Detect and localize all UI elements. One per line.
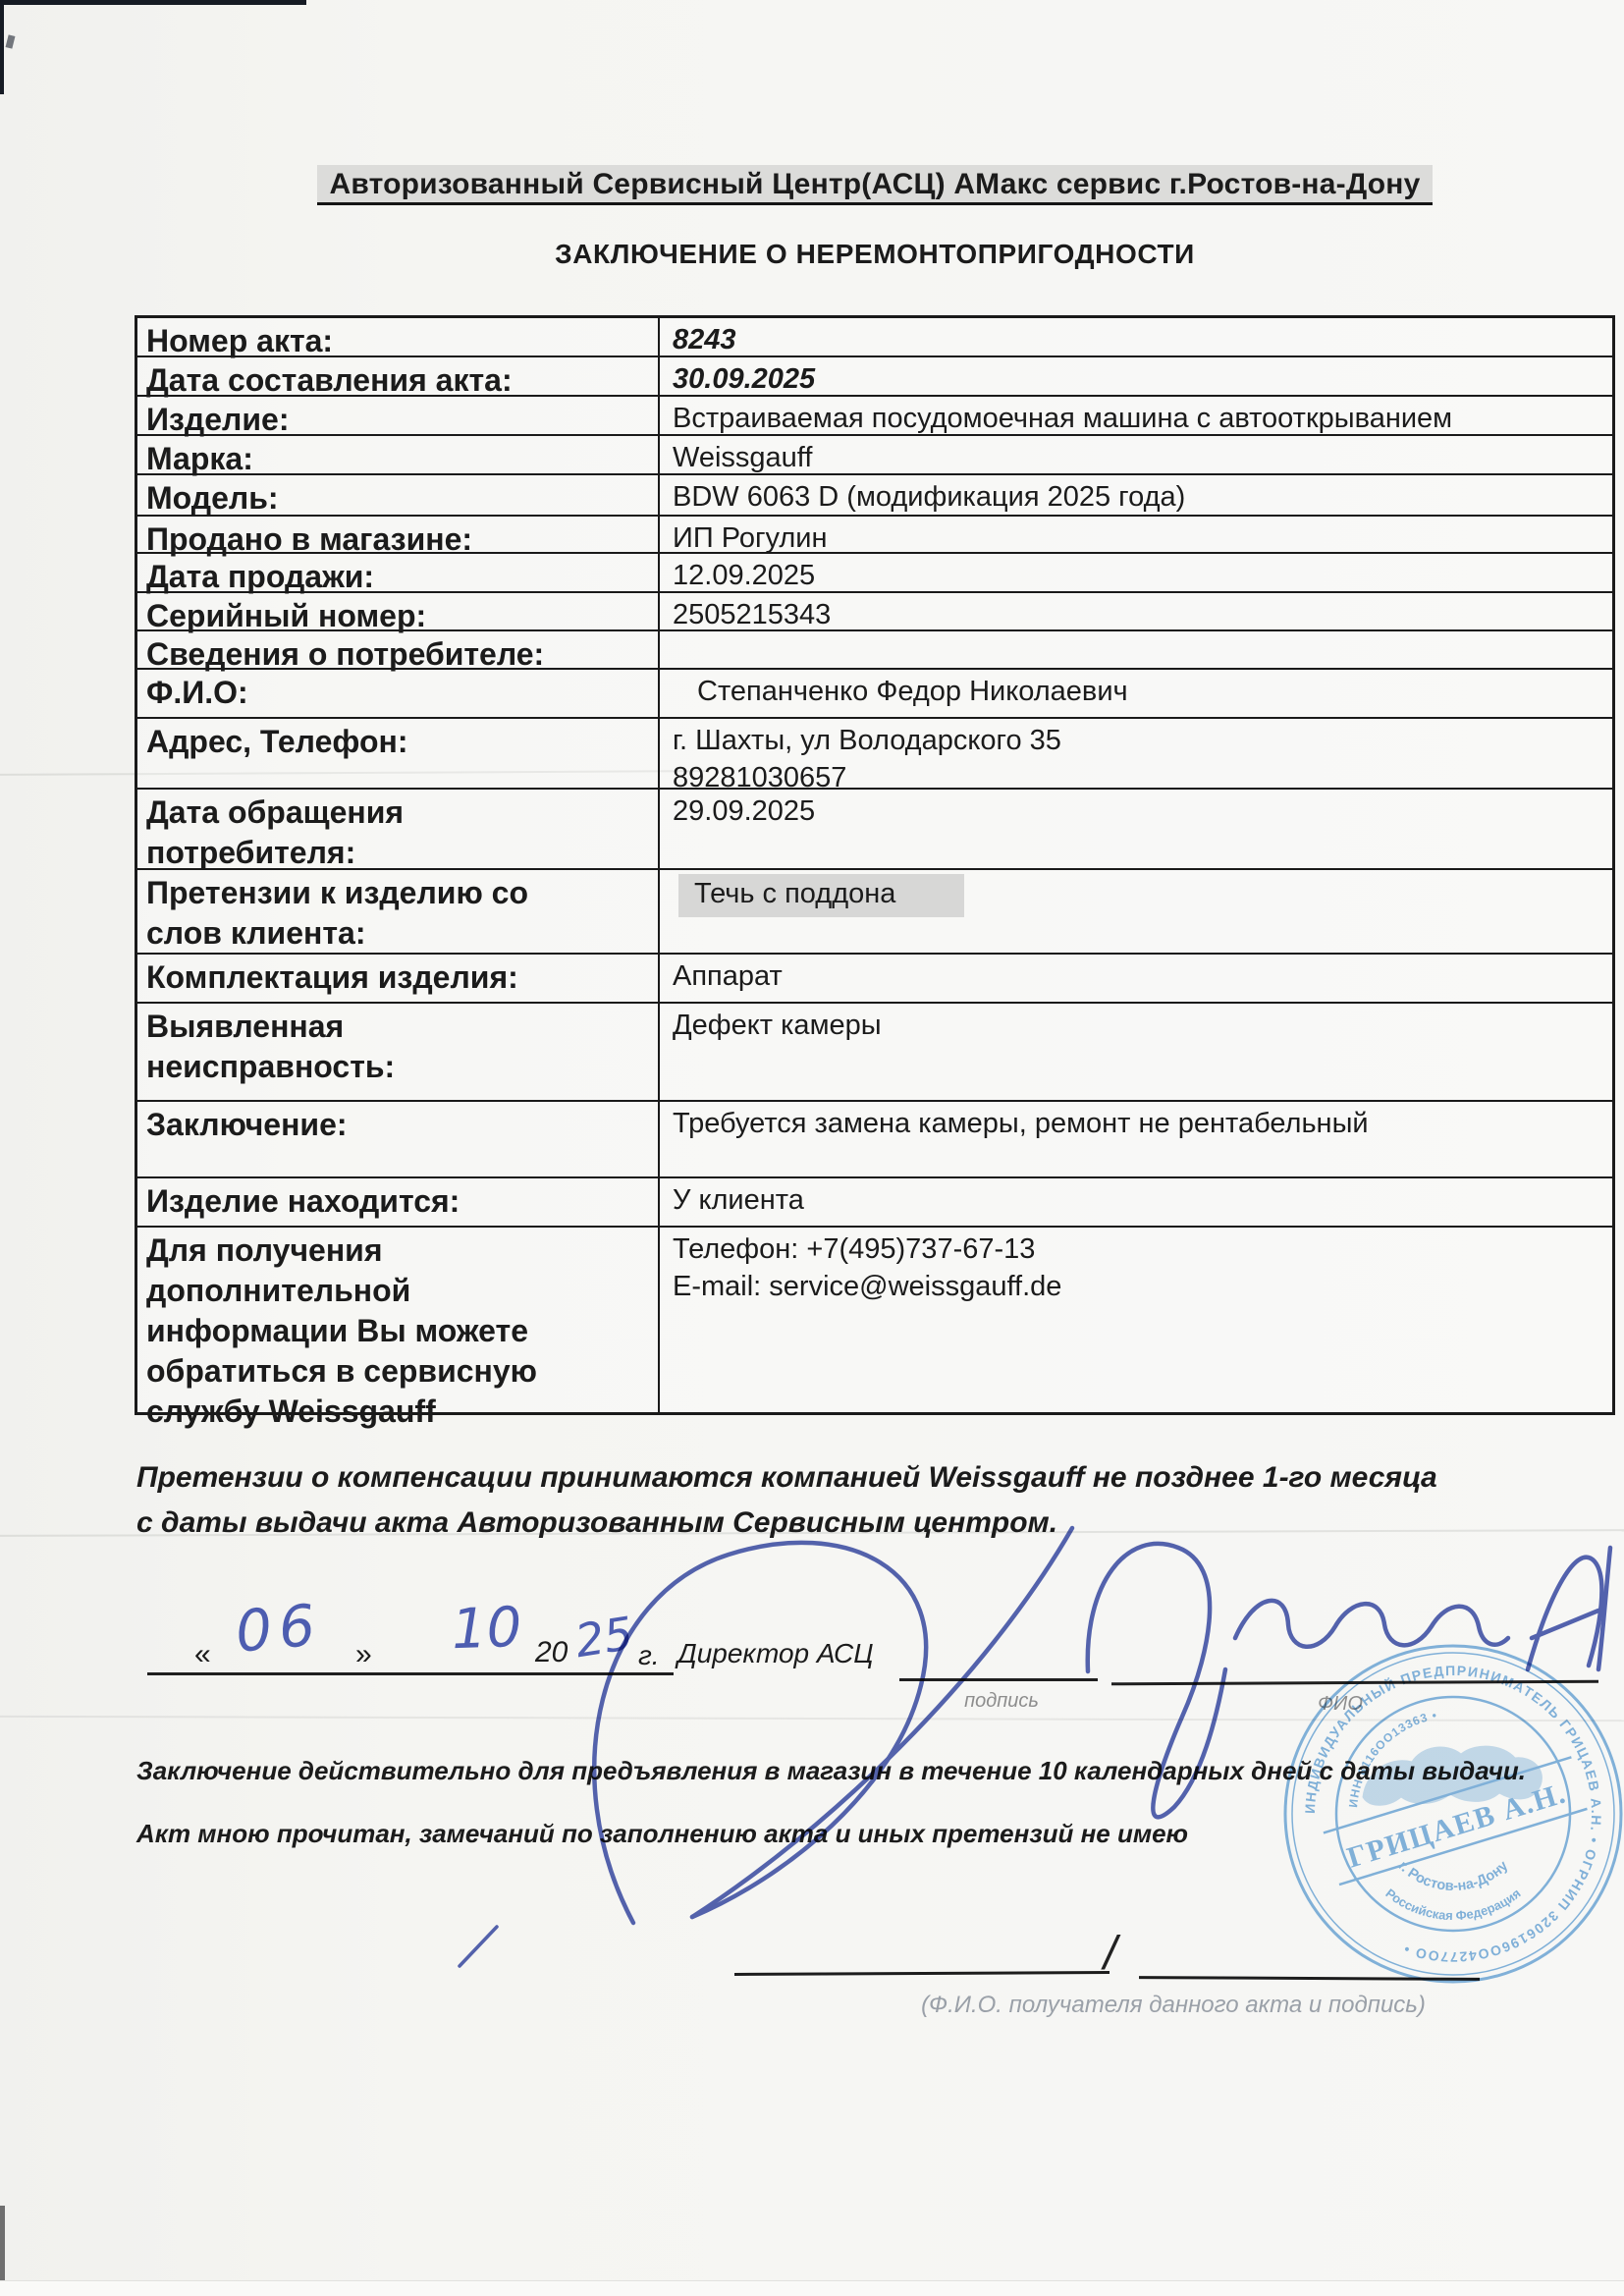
table-row: Изделие находится: У клиента: [137, 1176, 1612, 1226]
row-value-line2: E-mail: service@weissgauff.de: [673, 1269, 1602, 1306]
scan-edge-left-bottom: [0, 2206, 5, 2280]
table-row: Дата продажи: 12.09.2025: [137, 552, 1612, 591]
row-value: Течь с поддона: [660, 870, 1612, 953]
row-label: Продано в магазине:: [137, 517, 660, 552]
director-label: Директор АСЦ: [677, 1638, 874, 1669]
row-label: Претензии к изделию со слов клиента:: [137, 870, 660, 953]
table-row: Марка: Weissgauff: [137, 434, 1612, 473]
table-row: Для получения дополнительной информации …: [137, 1226, 1612, 1412]
row-value: BDW 6063 D (модификация 2025 года): [660, 475, 1612, 515]
signature-blank-line: [899, 1678, 1098, 1681]
name-blank-line: [1111, 1680, 1598, 1686]
table-row: Продано в магазине: ИП Рогулин: [137, 515, 1612, 552]
row-value-line1: Телефон: +7(495)737-67-13: [673, 1231, 1602, 1269]
table-row: Номер акта: 8243: [137, 318, 1612, 355]
row-value: г. Шахты, ул Володарского 35 89281030657: [660, 719, 1612, 788]
claims-note: Претензии о компенсации принимаются комп…: [136, 1455, 1452, 1545]
row-label: Адрес, Телефон:: [137, 719, 660, 788]
row-label: Дата составления акта:: [137, 357, 660, 395]
row-value: Встраиваемая посудомоечная машина с авто…: [660, 397, 1612, 434]
table-row: Дата обращения потребителя: 29.09.2025: [137, 788, 1612, 868]
stamp-country: Российская Федерация: [1382, 1886, 1523, 1923]
row-value: 29.09.2025: [660, 790, 1612, 868]
document-header: Авторизованный Сервисный Центр(АСЦ) АМак…: [135, 165, 1615, 205]
row-value: [660, 631, 1612, 668]
row-label: Для получения дополнительной информации …: [137, 1228, 660, 1412]
svg-text:г. Ростов-на-Дону: г. Ростов-на-Дону: [1395, 1858, 1512, 1894]
act-details-table: Номер акта: 8243 Дата составления акта: …: [135, 315, 1615, 1415]
pen-mark: [460, 1927, 497, 1966]
document-subtitle: ЗАКЛЮЧЕНИЕ О НЕРЕМОНТОПРИГОДНОСТИ: [135, 239, 1615, 270]
row-label: Модель:: [137, 475, 660, 515]
year-suffix: г.: [638, 1640, 660, 1671]
row-value: Степанченко Федор Николаевич: [660, 670, 1612, 717]
name-caption: ФИО: [1291, 1693, 1389, 1716]
handwritten-year: 25: [571, 1607, 636, 1667]
row-label: Сведения о потребителе:: [137, 631, 660, 668]
receiver-caption: (Ф.И.О. получателя данного акта и подпис…: [898, 1992, 1448, 2019]
open-quote: «: [194, 1638, 211, 1671]
row-label: Дата продажи:: [137, 554, 660, 591]
row-value: Требуется замена камеры, ремонт не рента…: [660, 1102, 1612, 1176]
row-label: Дата обращения потребителя:: [137, 790, 660, 868]
handwritten-month: 10: [451, 1596, 522, 1662]
date-underline: [147, 1672, 674, 1675]
table-row: Выявленная неисправность: Дефект камеры: [137, 1002, 1612, 1100]
row-label: Комплектация изделия:: [137, 955, 660, 1002]
row-label: Номер акта:: [137, 318, 660, 355]
row-value: ИП Рогулин: [660, 517, 1612, 552]
scanned-service-act: { "document": { "title": "Авторизованный…: [0, 0, 1624, 2296]
row-label: Заключение:: [137, 1102, 660, 1176]
row-value: 12.09.2025: [660, 554, 1612, 591]
row-label: Ф.И.О:: [137, 670, 660, 717]
receiver-sign-line: [1139, 1976, 1480, 1981]
signature-caption: подпись: [938, 1690, 1065, 1713]
row-value: 2505215343: [660, 593, 1612, 629]
row-value: 8243: [660, 318, 1612, 355]
table-row: Адрес, Телефон: г. Шахты, ул Володарског…: [137, 717, 1612, 788]
row-value: Аппарат: [660, 955, 1612, 1002]
handwritten-day: 06: [233, 1591, 324, 1665]
row-value: У клиента: [660, 1178, 1612, 1226]
receiver-name-line: [734, 1971, 1110, 1976]
table-row: Заключение: Требуется замена камеры, рем…: [137, 1100, 1612, 1176]
stamp-owner-name: ГРИЦАЕВ А.Н.: [1343, 1777, 1570, 1874]
document-title: Авторизованный Сервисный Центр(АСЦ) АМак…: [317, 165, 1432, 205]
close-quote: »: [355, 1638, 372, 1671]
table-row: Сведения о потребителе:: [137, 629, 1612, 668]
table-row: Серийный номер: 2505215343: [137, 591, 1612, 629]
row-value: 30.09.2025: [660, 357, 1612, 395]
table-row: Ф.И.О: Степанченко Федор Николаевич: [137, 668, 1612, 717]
row-label: Изделие:: [137, 397, 660, 434]
table-row: Претензии к изделию со слов клиента: Теч…: [137, 868, 1612, 953]
row-label: Марка:: [137, 436, 660, 473]
row-value: Телефон: +7(495)737-67-13 E-mail: servic…: [660, 1228, 1612, 1412]
svg-text:Российская Федерация: Российская Федерация: [1382, 1886, 1523, 1923]
highlighted-value: Течь с поддона: [678, 874, 964, 917]
table-row: Дата составления акта: 30.09.2025: [137, 355, 1612, 395]
table-row: Модель: BDW 6063 D (модификация 2025 год…: [137, 473, 1612, 515]
paper-crease: [0, 1716, 1624, 1722]
row-label: Серийный номер:: [137, 593, 660, 629]
separator-slash: /: [1104, 1927, 1116, 1981]
table-row: Комплектация изделия: Аппарат: [137, 953, 1612, 1002]
table-row: Изделие: Встраиваемая посудомоечная маши…: [137, 395, 1612, 434]
scan-edge-top: [0, 0, 306, 5]
scan-speck: [6, 34, 16, 48]
scan-edge-left: [0, 0, 4, 94]
validity-note: Заключение действительно для предъявлени…: [136, 1756, 1526, 1786]
row-value: Weissgauff: [660, 436, 1612, 473]
stamp-city: г. Ростов-на-Дону: [1395, 1858, 1512, 1894]
signature-strokes: [460, 1528, 1610, 1966]
row-label: Изделие находится:: [137, 1178, 660, 1226]
row-label: Выявленная неисправность:: [137, 1004, 660, 1100]
row-value: Дефект камеры: [660, 1004, 1612, 1100]
scan-edge-bottom: [0, 2280, 1624, 2296]
read-confirm-note: Акт мною прочитан, замечаний по заполнен…: [136, 1819, 1188, 1849]
year-prefix: 20: [535, 1636, 568, 1669]
row-value-line1: г. Шахты, ул Володарского 35: [673, 723, 1602, 760]
